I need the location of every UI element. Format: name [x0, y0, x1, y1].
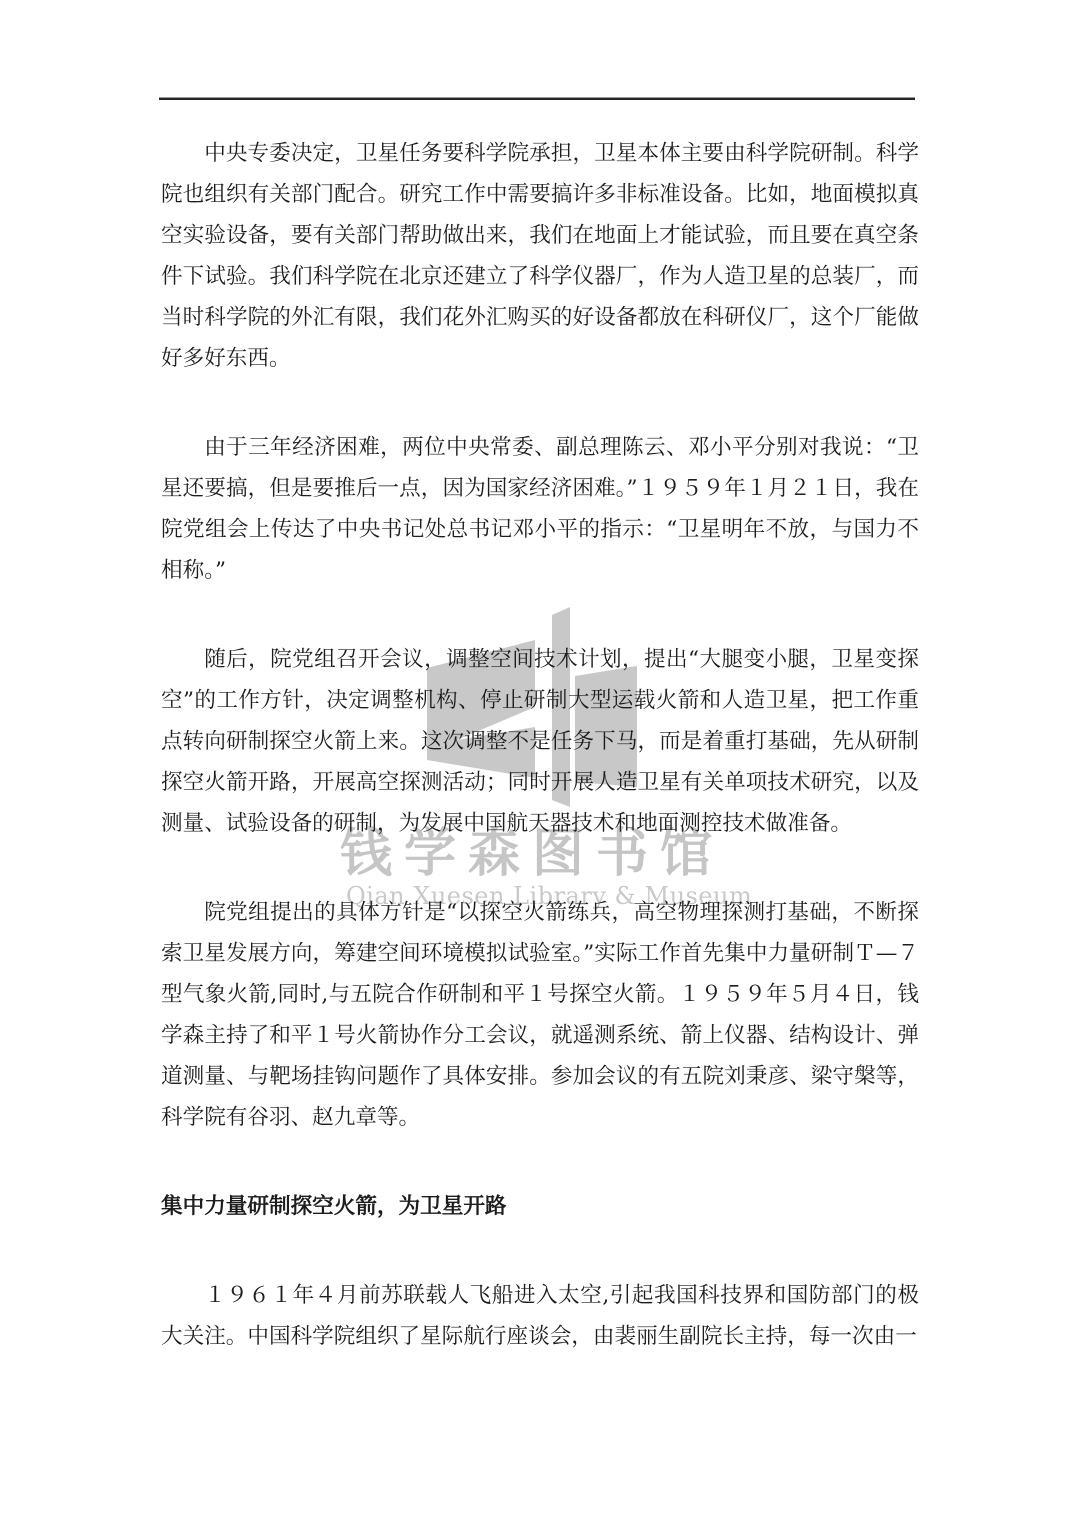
header-rule — [159, 97, 915, 100]
document-page: 钱学森图书馆 Qian Xuesen Library & Museum 中央专委… — [0, 0, 1074, 1520]
paragraph-5: １９６１年４月前苏联载人飞船进入太空,引起我国科技界和国防部门的极大关注。中国科… — [161, 1275, 919, 1357]
document-body: 中央专委决定，卫星任务要科学院承担，卫星本体主要由科学院研制。科学院也组织有关部… — [161, 101, 919, 1405]
paragraph-2: 由于三年经济困难，两位中央常委、副总理陈云、邓小平分别对我说：“卫星还要搞，但是… — [161, 427, 919, 591]
paragraph-3: 随后，院党组召开会议，调整空间技术计划，提出“大腿变小腿，卫星变探空”的工作方针… — [161, 639, 919, 844]
section-heading: 集中力量研制探空火箭，为卫星开路 — [161, 1186, 919, 1227]
paragraph-4: 院党组提出的具体方针是“以探空火箭练兵，高空物理探测打基础，不断探索卫星发展方向… — [161, 892, 919, 1138]
paragraph-1: 中央专委决定，卫星任务要科学院承担，卫星本体主要由科学院研制。科学院也组织有关部… — [161, 133, 919, 379]
